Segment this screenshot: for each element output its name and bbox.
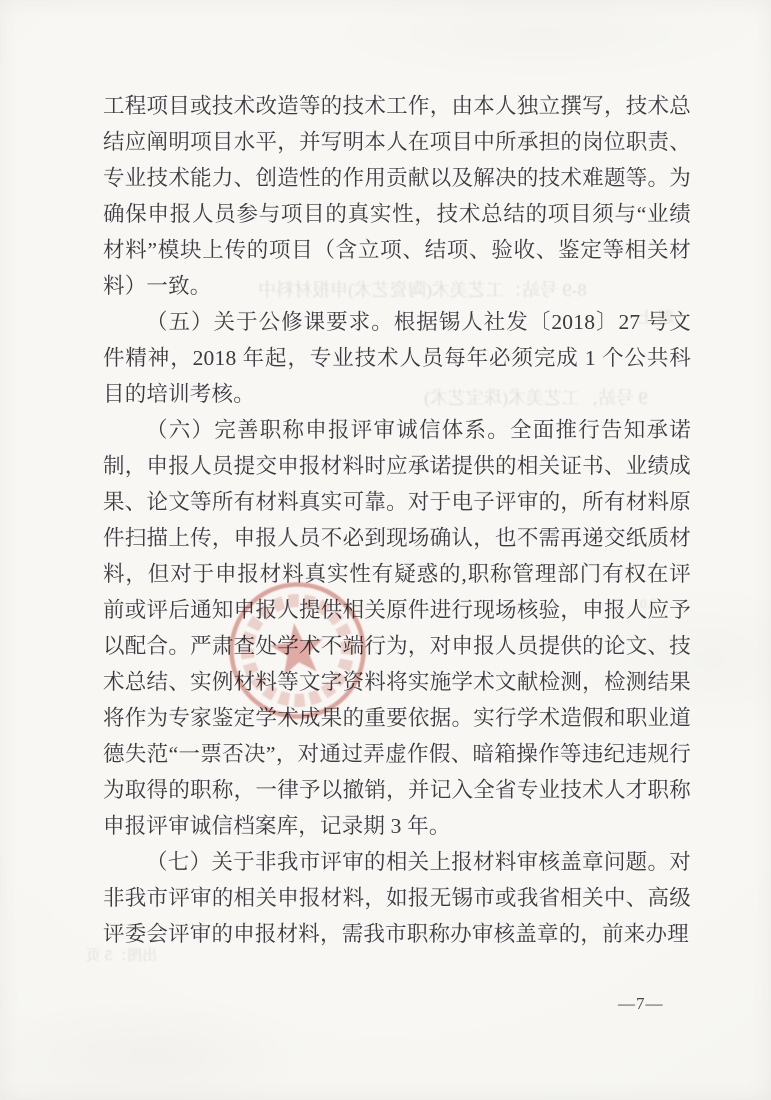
page-number: —7— bbox=[618, 994, 664, 1014]
document-body: 工程项目或技术改造等的技术工作，由本人独立撰写，技术总结应阐明项目水平，并写明本… bbox=[103, 88, 691, 952]
paragraph: 工程项目或技术改造等的技术工作，由本人独立撰写，技术总结应阐明项目水平，并写明本… bbox=[103, 88, 691, 304]
paragraph: （七）关于非我市评审的相关上报材料审核盖章问题。对非我市评审的相关申报材料，如报… bbox=[103, 844, 691, 952]
paragraph: （六）完善职称申报评审诚信体系。全面推行告知承诺制，申报人员提交申报材料时应承诺… bbox=[103, 412, 691, 844]
paragraph: （五）关于公修课要求。根据锡人社发〔2018〕27 号文件精神，2018 年起，… bbox=[103, 304, 691, 412]
scanned-document-page: 8-9 号站：工艺美术(陶瓷艺术)申报材料中题 上9 号站，工艺美术(珠宝艺术)… bbox=[0, 0, 771, 1100]
